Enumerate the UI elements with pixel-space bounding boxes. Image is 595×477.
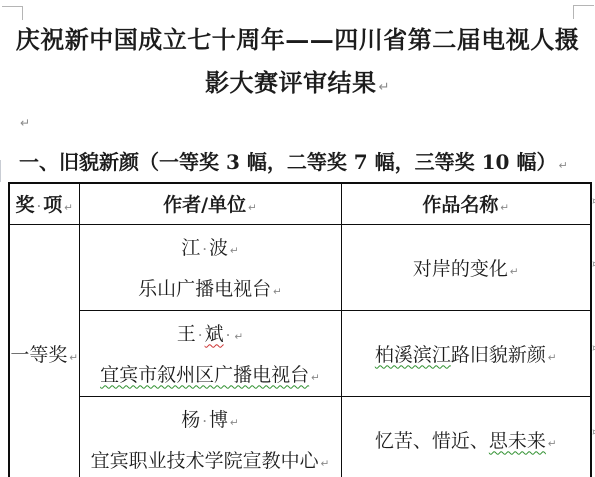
author-unit-cell[interactable]: 王·斌·↵ 宜宾市叙州区广播电视台↵ xyxy=(79,310,341,396)
paragraph-mark: ↵ xyxy=(321,458,330,470)
award-group-text: 一等奖 xyxy=(10,344,67,366)
header-work-name-text: 作品名称 xyxy=(422,194,498,216)
paragraph-mark: ↵ xyxy=(248,202,257,214)
paragraph-mark: ↵ xyxy=(230,417,239,429)
paragraph-mark: ↵ xyxy=(64,202,73,214)
author-name: 杨·博↵ xyxy=(181,411,239,430)
unit-name: 宜宾市叙州区广播电视台↵ xyxy=(100,366,320,385)
paragraph-mark: ↵ xyxy=(558,159,567,172)
paragraph-mark: ↵ xyxy=(548,352,557,364)
grammar-error-text: 宜宾市叙州区广播电视台 xyxy=(100,364,309,386)
awards-table: 奖·项↵ 作者/单位↵ 作品名称↵ 一等奖↵ 江·波↵ 乐山广播电视台↵ 对岸的… xyxy=(8,182,592,477)
section-heading-text: 一、旧貌新颜（一等奖 3 幅，二等奖 7 幅，三等奖 10 幅） xyxy=(19,150,556,174)
paragraph-mark: ↵ xyxy=(273,286,282,298)
table-row: 杨·博↵ 宜宾职业技术学院宣教中心↵ 忆苦、惜近、思未来↵ xyxy=(9,396,591,477)
paragraph-mark: ↵ xyxy=(510,266,519,278)
work-name: 柏溪滨江路旧貌新颜 xyxy=(375,344,546,366)
unit-name: 宜宾职业技术学院宣教中心↵ xyxy=(91,452,330,471)
award-group-cell[interactable]: 一等奖↵ xyxy=(9,224,79,477)
document-title[interactable]: 庆祝新中国成立七十周年——四川省第二届电视人摄 影大赛评审结果↵ xyxy=(0,18,595,109)
author-name: 王·斌·↵ xyxy=(177,325,243,344)
space-formatting-mark: · xyxy=(200,240,209,258)
author-name: 江·波↵ xyxy=(181,239,239,258)
table-row: 王·斌·↵ 宜宾市叙州区广播电视台↵ 柏溪滨江路旧貌新颜↵ xyxy=(9,310,591,396)
title-line-1-text: 庆祝新中国成立七十周年——四川省第二届电视人摄 xyxy=(16,25,580,54)
work-name-cell[interactable]: 柏溪滨江路旧貌新颜↵ xyxy=(341,310,591,396)
paragraph-mark: ↵ xyxy=(378,80,390,95)
page-margin-mark-top-right xyxy=(573,5,594,19)
space-formatting-mark: · xyxy=(34,197,43,215)
table-header-row: 奖·项↵ 作者/单位↵ 作品名称↵ xyxy=(9,183,591,224)
spelling-error-text: 斌 xyxy=(205,323,224,345)
paragraph-mark: ↵ xyxy=(69,352,78,364)
empty-paragraph[interactable]: ↵ xyxy=(18,108,30,133)
title-line-2[interactable]: 影大赛评审结果↵ xyxy=(0,61,595,109)
paragraph-mark: ↵ xyxy=(500,202,509,214)
header-cell-author-unit[interactable]: 作者/单位↵ xyxy=(79,183,341,224)
grammar-error-text: 思未来 xyxy=(489,430,546,452)
work-name: 对岸的变化 xyxy=(413,258,508,280)
paragraph-mark: ↵ xyxy=(234,331,243,343)
space-formatting-mark: · xyxy=(196,326,205,344)
header-cell-award[interactable]: 奖·项↵ xyxy=(9,183,79,224)
work-name-cell[interactable]: 忆苦、惜近、思未来↵ xyxy=(341,396,591,477)
section-heading[interactable]: 一、旧貌新颜（一等奖 3 幅，二等奖 7 幅，三等奖 10 幅）↵ xyxy=(19,146,568,175)
paragraph-mark: ↵ xyxy=(548,438,557,450)
work-name: 忆苦、惜近、思未来 xyxy=(375,430,546,452)
title-line-2-text: 影大赛评审结果 xyxy=(205,68,377,97)
unit-name: 乐山广播电视台↵ xyxy=(138,280,282,299)
header-award-text: 奖·项 xyxy=(15,194,62,216)
work-name-cell[interactable]: 对岸的变化↵ xyxy=(341,224,591,310)
table-row: 一等奖↵ 江·波↵ 乐山广播电视台↵ 对岸的变化↵ xyxy=(9,224,591,310)
space-formatting-mark: · xyxy=(224,326,233,344)
title-line-1[interactable]: 庆祝新中国成立七十周年——四川省第二届电视人摄 xyxy=(0,18,595,61)
grammar-error-text: 柏溪滨江 xyxy=(375,344,451,366)
author-unit-cell[interactable]: 江·波↵ 乐山广播电视台↵ xyxy=(79,224,341,310)
space-formatting-mark: · xyxy=(200,412,209,430)
page-margin-mark-left xyxy=(0,160,1,182)
author-unit-cell[interactable]: 杨·博↵ 宜宾职业技术学院宣教中心↵ xyxy=(79,396,341,477)
paragraph-mark: ↵ xyxy=(311,372,320,384)
header-author-unit-text: 作者/单位 xyxy=(163,194,246,216)
paragraph-mark: ↵ xyxy=(20,116,30,130)
header-cell-work-name[interactable]: 作品名称↵ xyxy=(341,183,591,224)
paragraph-mark: ↵ xyxy=(230,245,239,257)
